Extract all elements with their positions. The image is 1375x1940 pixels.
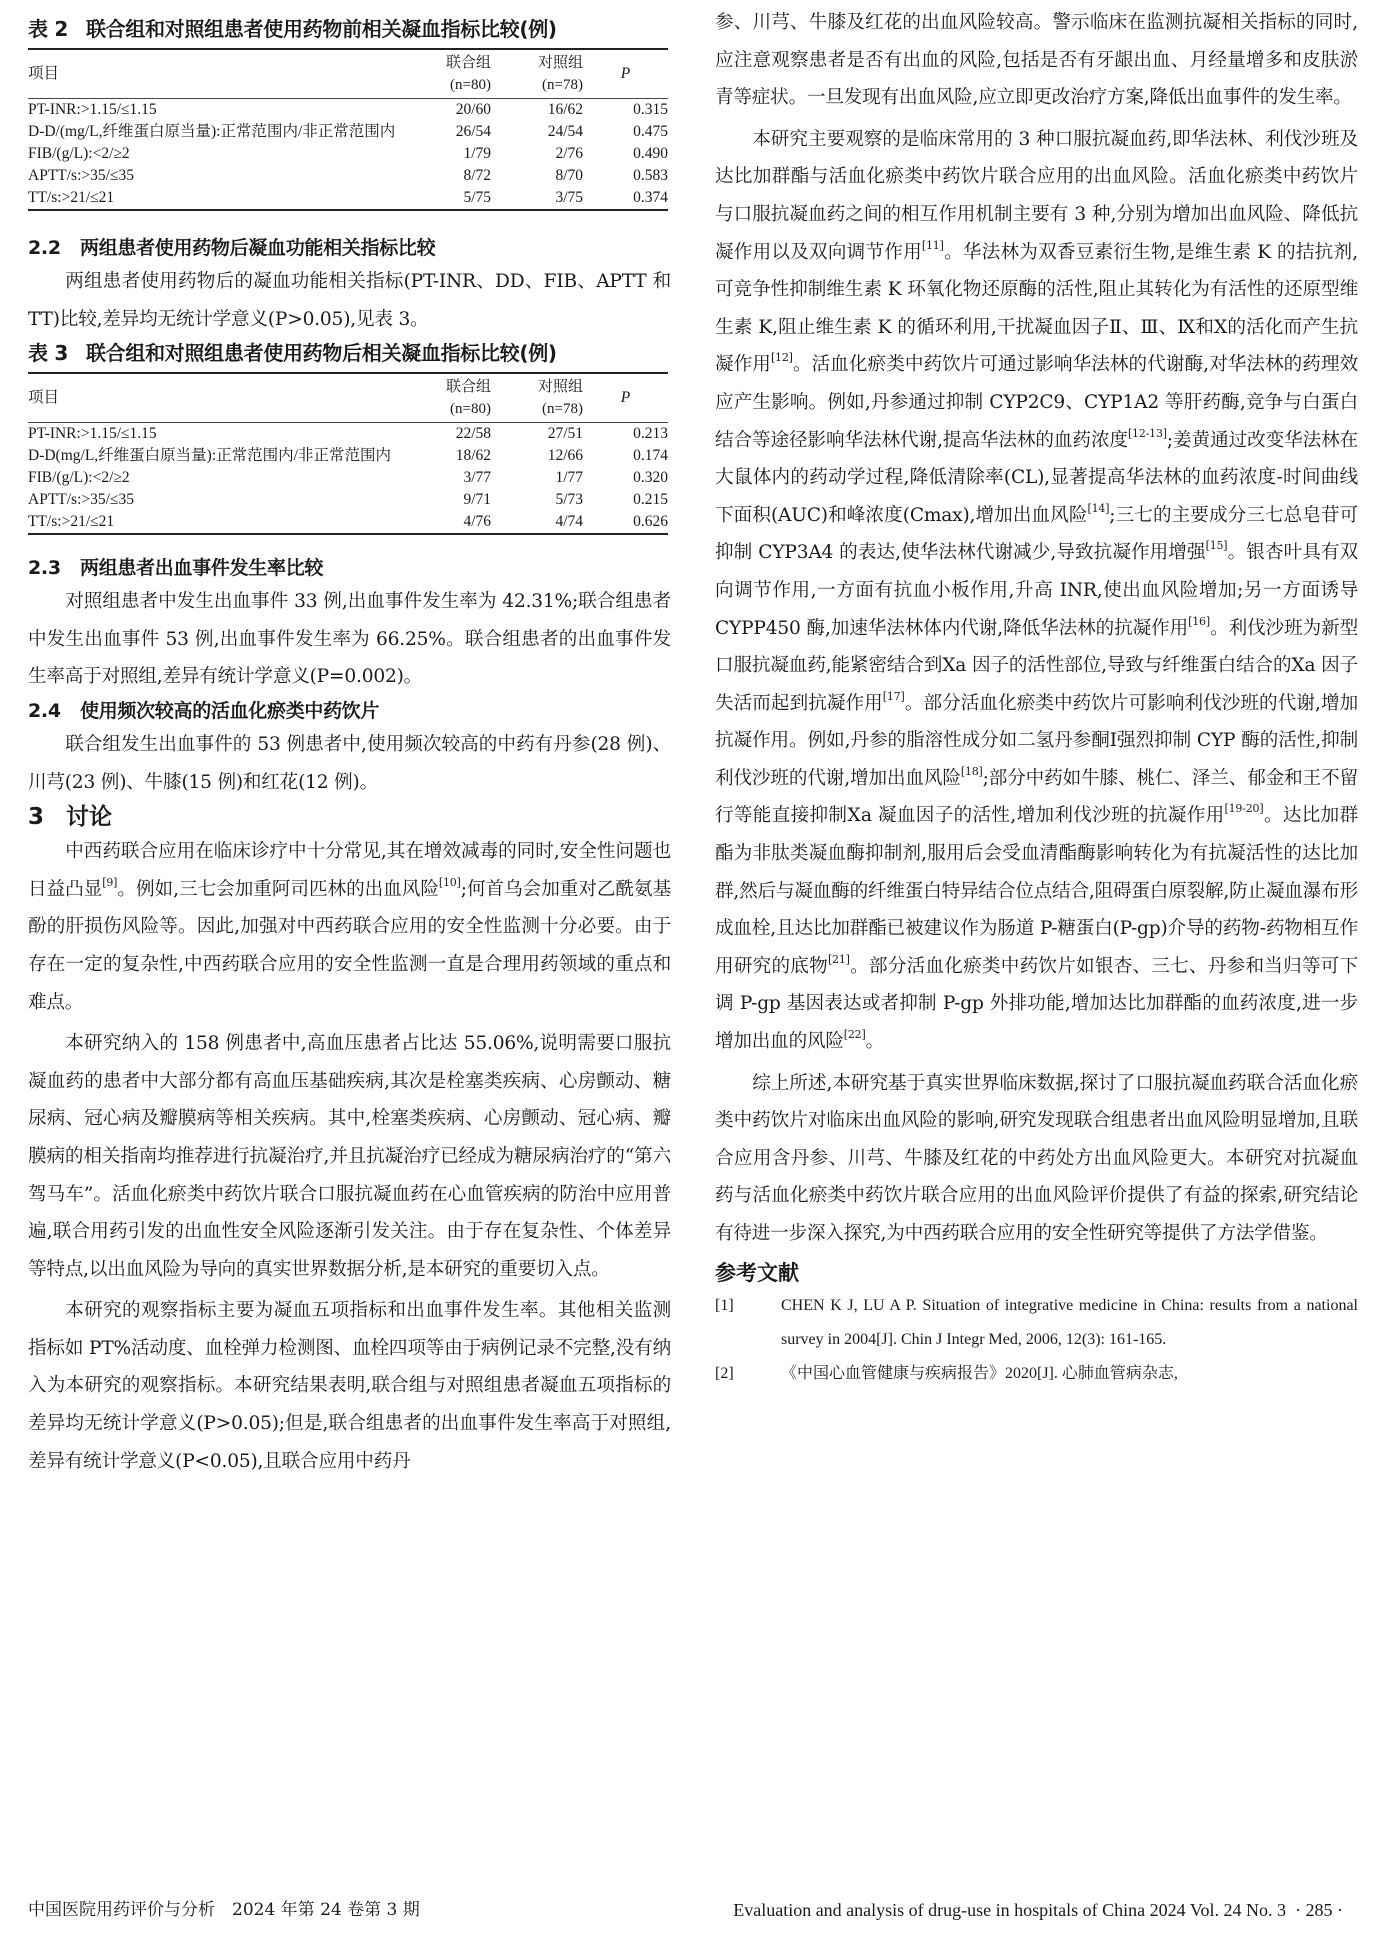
table-row: FIB/(g/L):<2/≥2 1/79 2/76 0.490 xyxy=(28,143,668,165)
discussion-paragraph-continued: 参、川芎、牛膝及红花的出血风险较高。警示临床在监测抗凝相关指标的同时,应注意观察… xyxy=(715,4,1358,117)
table2: 项目 联合组 (n=80) 对照组 (n=78) P PT-INR:>1.15/… xyxy=(28,48,668,211)
table3-header-control: 对照组 (n=78) xyxy=(491,373,583,423)
citation: [12] xyxy=(771,351,793,364)
section-2-2-heading: 2.2两组患者使用药物后凝血功能相关指标比较 xyxy=(28,233,671,263)
section-2-4-heading: 2.4使用频次较高的活血化瘀类中药饮片 xyxy=(28,696,671,726)
references-list: [1] CHEN K J, LU A P. Situation of integ… xyxy=(715,1289,1358,1391)
citation: [21] xyxy=(828,953,850,966)
citation: [18] xyxy=(961,765,983,778)
citation: [15] xyxy=(1206,539,1228,552)
table-row: D-D(mg/L,纤维蛋白原当量):正常范围内/非正常范围内 18/62 12/… xyxy=(28,445,668,467)
mechanism-paragraph: 本研究主要观察的是临床常用的 3 种口服抗凝血药,即华法林、利伐沙班及达比加群酯… xyxy=(715,121,1358,1061)
citation: [11] xyxy=(922,239,944,252)
table2-title: 联合组和对照组患者使用药物前相关凝血指标比较(例) xyxy=(86,17,557,41)
section-2-3-heading: 2.3两组患者出血事件发生率比较 xyxy=(28,553,671,583)
table2-number: 表 2 xyxy=(28,17,68,41)
table3: 项目 联合组 (n=80) 对照组 (n=78) P PT-INR:>1.15/… xyxy=(28,372,668,535)
citation: [12-13] xyxy=(1128,427,1167,440)
citation: [14] xyxy=(1088,502,1110,515)
section-2-4-paragraph: 联合组发生出血事件的 53 例患者中,使用频次较高的中药有丹参(28 例)、川芎… xyxy=(28,726,671,801)
table3-title: 联合组和对照组患者使用药物后相关凝血指标比较(例) xyxy=(86,341,557,365)
table2-caption: 表 2联合组和对照组患者使用药物前相关凝血指标比较(例) xyxy=(28,16,671,42)
right-column: 参、川芎、牛膝及红花的出血风险较高。警示临床在监测抗凝相关指标的同时,应注意观察… xyxy=(715,0,1358,1391)
reference-item: [1] CHEN K J, LU A P. Situation of integ… xyxy=(715,1289,1358,1357)
left-column: 表 2联合组和对照组患者使用药物前相关凝血指标比较(例) 项目 联合组 (n=8… xyxy=(28,0,671,1480)
table3-header-item: 项目 xyxy=(28,373,406,423)
section-3-heading: 3讨论 xyxy=(28,801,671,833)
table-row: TT/s:>21/≤21 5/75 3/75 0.374 xyxy=(28,187,668,210)
citation: [17] xyxy=(883,690,905,703)
table-row: APTT/s:>35/≤35 9/71 5/73 0.215 xyxy=(28,489,668,511)
table3-header-combined: 联合组 (n=80) xyxy=(406,373,491,423)
table-row: APTT/s:>35/≤35 8/72 8/70 0.583 xyxy=(28,165,668,187)
table-row: PT-INR:>1.15/≤1.15 22/58 27/51 0.213 xyxy=(28,423,668,446)
table-row: FIB/(g/L):<2/≥2 3/77 1/77 0.320 xyxy=(28,467,668,489)
footer-journal-chinese: 中国医院用药评价与分析 2024 年第 24 卷第 3 期 xyxy=(28,1898,420,1922)
table3-number: 表 3 xyxy=(28,341,68,365)
table3-caption: 表 3联合组和对照组患者使用药物后相关凝血指标比较(例) xyxy=(28,340,671,366)
table2-header-item: 项目 xyxy=(28,49,406,99)
table3-header-p: P xyxy=(583,373,668,423)
table2-header-combined: 联合组 (n=80) xyxy=(406,49,491,99)
citation: [19-20] xyxy=(1225,802,1264,815)
footer-journal-english: Evaluation and analysis of drug-use in h… xyxy=(733,1898,1343,1922)
page-number: · 285 · xyxy=(1295,1900,1343,1920)
section-2-2-paragraph: 两组患者使用药物后的凝血功能相关指标(PT-INR、DD、FIB、APTT 和 … xyxy=(28,263,671,338)
summary-paragraph: 综上所述,本研究基于真实世界临床数据,探讨了口服抗凝血药联合活血化瘀类中药饮片对… xyxy=(715,1065,1358,1253)
table2-header-control: 对照组 (n=78) xyxy=(491,49,583,99)
section-2-3-paragraph: 对照组患者中发生出血事件 33 例,出血事件发生率为 42.31%;联合组患者中… xyxy=(28,583,671,696)
references-heading: 参考文献 xyxy=(715,1257,1358,1289)
section-3-paragraph-1: 中西药联合应用在临床诊疗中十分常见,其在增效减毒的同时,安全性问题也日益凸显[9… xyxy=(28,833,671,1021)
citation: [22] xyxy=(844,1028,866,1041)
table-row: TT/s:>21/≤21 4/76 4/74 0.626 xyxy=(28,511,668,534)
citation: [9] xyxy=(102,876,117,889)
section-3-paragraph-3: 本研究的观察指标主要为凝血五项指标和出血事件发生率。其他相关监测指标如 PT%活… xyxy=(28,1292,671,1480)
table2-header-p: P xyxy=(583,49,668,99)
reference-item: [2] 《中国心血管健康与疾病报告》2020[J]. 心肺血管病杂志, xyxy=(715,1357,1358,1391)
table-row: D-D/(mg/L,纤维蛋白原当量):正常范围内/非正常范围内 26/54 24… xyxy=(28,121,668,143)
table-row: PT-INR:>1.15/≤1.15 20/60 16/62 0.315 xyxy=(28,99,668,122)
section-3-paragraph-2: 本研究纳入的 158 例患者中,高血压患者占比达 55.06%,说明需要口服抗凝… xyxy=(28,1025,671,1288)
citation: [10] xyxy=(439,876,461,889)
citation: [16] xyxy=(1188,615,1210,628)
